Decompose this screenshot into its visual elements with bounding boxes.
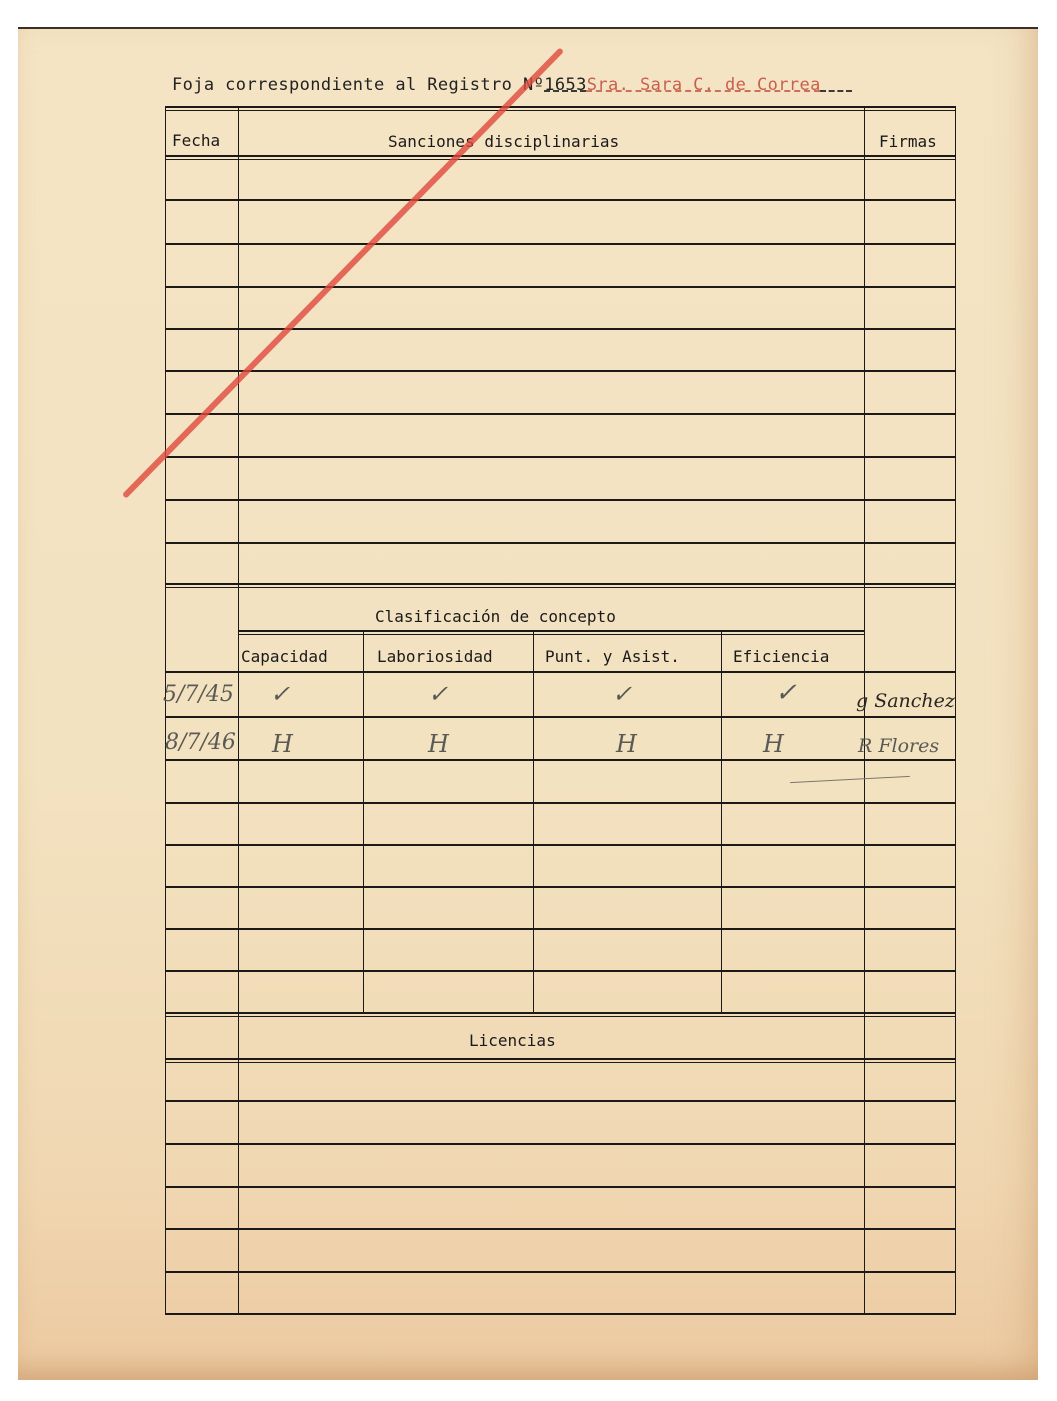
row2-firma: R Flores (858, 735, 939, 757)
sanciones-row-line (165, 542, 956, 544)
registro-number: 1653 (544, 75, 587, 95)
puntualidad-divider (721, 632, 722, 1013)
col-header-laboriosidad: Laboriosidad (377, 647, 493, 666)
clasificacion-row-line (165, 970, 956, 972)
table-bottom-border (165, 1313, 956, 1315)
clasificacion-row-line (165, 886, 956, 888)
row1-laboriosidad: ✓ (428, 680, 448, 708)
row1-puntualidad: ✓ (612, 680, 632, 708)
row1-firma: g Sanchez (856, 690, 955, 712)
clasificacion-title-line (238, 630, 864, 632)
table-top-border (165, 106, 956, 108)
sanciones-row-line (165, 370, 956, 372)
col-header-firmas: Firmas (879, 132, 937, 151)
clasificacion-row-line (165, 802, 956, 804)
clasificacion-section-end (165, 1012, 956, 1014)
licencias-row-line (165, 1100, 956, 1102)
sanciones-row-line (165, 243, 956, 245)
sanciones-row-line (165, 413, 956, 415)
row2-laboriosidad: H (428, 730, 449, 758)
sanciones-header-line (165, 155, 956, 157)
person-name: Sra. Sara C. de Correa (587, 75, 821, 95)
capacidad-divider (363, 632, 364, 1013)
licencias-title: Licencias (469, 1031, 556, 1050)
clasificacion-row-line (165, 844, 956, 846)
clasificacion-header-line (165, 671, 956, 673)
sanciones-row-line (165, 456, 956, 458)
clasificacion-row-line (165, 716, 956, 718)
page-title: Foja correspondiente al Registro Nº1653S… (172, 75, 853, 95)
row2-eficiencia: H (763, 730, 784, 758)
sanciones-row-line (165, 199, 956, 201)
title-prefix: Foja correspondiente al Registro Nº (172, 75, 544, 95)
sanciones-row-line (165, 286, 956, 288)
col-header-sanciones: Sanciones disciplinarias (388, 132, 619, 151)
col-header-fecha: Fecha (172, 131, 220, 150)
licencias-header-line (165, 1058, 956, 1060)
licencias-row-line (165, 1271, 956, 1273)
sanciones-row-line (165, 499, 956, 501)
row2-fecha: 8/7/46 (165, 730, 236, 755)
col-header-capacidad: Capacidad (241, 647, 328, 666)
row2-puntualidad: H (616, 730, 637, 758)
col-header-eficiencia: Eficiencia (733, 647, 829, 666)
row2-capacidad: H (272, 730, 293, 758)
laboriosidad-divider (533, 632, 534, 1013)
sanciones-section-end (165, 583, 956, 585)
clasificacion-row-line (165, 759, 956, 761)
col-header-puntualidad: Punt. y Asist. (545, 647, 680, 666)
row1-capacidad: ✓ (270, 680, 290, 708)
licencias-row-line (165, 1228, 956, 1230)
clasificacion-row-line (165, 928, 956, 930)
row1-fecha: 5/7/45 (163, 682, 234, 707)
licencias-row-line (165, 1143, 956, 1145)
row1-eficiencia: ✓ (775, 678, 797, 708)
clasificacion-title: Clasificación de concepto (375, 607, 616, 626)
licencias-row-line (165, 1186, 956, 1188)
